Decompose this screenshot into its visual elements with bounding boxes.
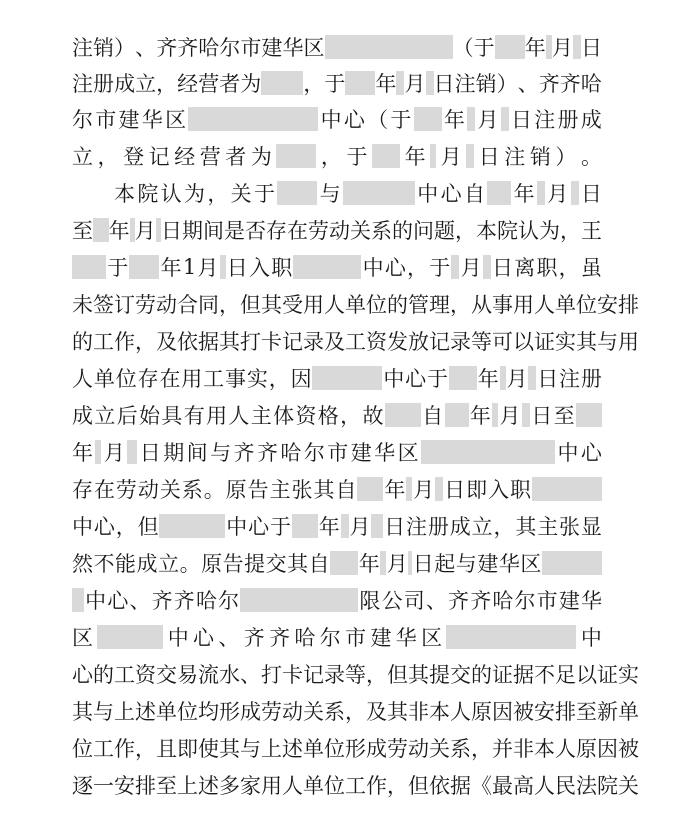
text-char: 齐 [174, 585, 195, 615]
text-char: 合 [177, 289, 198, 319]
text-char: 录 [450, 326, 471, 356]
text-char: 单 [303, 733, 324, 763]
text-char: 可 [492, 326, 513, 356]
text-char: 年 [444, 104, 465, 134]
text-line: 至年月日期间是否存在劳动关系的问题，本院认为，王 [72, 215, 602, 245]
text-char: 尔 [515, 585, 536, 615]
text-char: 区 [520, 548, 541, 578]
text-char: 于 [107, 252, 128, 282]
text-char: 月 [500, 400, 521, 430]
text-char: 院 [597, 770, 618, 800]
text-char: 且 [156, 733, 177, 763]
text-char: 系 [182, 474, 203, 504]
text-char: 月 [441, 141, 462, 171]
text-char: 易 [177, 659, 198, 689]
redaction-box [277, 181, 317, 205]
text-char: 记 [303, 659, 324, 689]
text-char: 主 [251, 400, 272, 430]
text-char: 张 [292, 474, 313, 504]
text-char: 月 [477, 104, 498, 134]
text-char: 上 [177, 770, 198, 800]
text-char: 提 [244, 548, 265, 578]
text-char: 签 [93, 289, 114, 319]
text-char: 题 [434, 215, 455, 245]
text-char: ， [345, 696, 366, 726]
text-char: 入 [249, 252, 270, 282]
text-char: 位 [324, 733, 345, 763]
text-char: 齐 [539, 68, 560, 98]
text-char: 虽 [581, 252, 602, 282]
redaction-box [466, 144, 474, 168]
text-char: 上 [261, 733, 282, 763]
text-char: 职 [510, 474, 531, 504]
redaction-box [573, 35, 581, 59]
text-char: 记 [149, 141, 170, 171]
text-char: 单 [345, 289, 366, 319]
text-char: 华 [142, 104, 163, 134]
text-char: 自 [309, 548, 330, 578]
text-char: 齐 [448, 585, 469, 615]
text-char: 年 [478, 363, 499, 393]
text-char: 但 [240, 289, 261, 319]
text-char: 后 [117, 400, 138, 430]
text-char: 位 [177, 696, 198, 726]
text-char: 位 [366, 289, 387, 319]
text-char: 在 [94, 474, 115, 504]
text-char: 存 [138, 363, 159, 393]
text-char: 日 [531, 400, 552, 430]
text-char: 经 [177, 68, 198, 98]
text-char: 建 [119, 104, 140, 134]
text-char: 在 [159, 363, 180, 393]
text-char: ， [98, 141, 119, 171]
text-char: 、 [135, 32, 156, 62]
text-char: 年 [375, 68, 396, 98]
text-char: 哈 [198, 32, 219, 62]
text-char: 述 [198, 770, 219, 800]
text-char: 即 [177, 733, 198, 763]
text-char: 单 [94, 363, 115, 393]
text-char: 。 [204, 474, 225, 504]
text-char: 营 [198, 68, 219, 98]
text-char: 离 [514, 252, 535, 282]
text-line: 人单位存在用工事实，因中心于年月日注册 [72, 363, 602, 393]
text-char: 齐 [257, 437, 278, 467]
text-char: 年 [72, 437, 93, 467]
text-char: ， [493, 511, 514, 541]
redaction-box [372, 144, 400, 168]
text-char: 放 [408, 326, 429, 356]
redaction-box [414, 107, 442, 131]
text-char: ， [407, 252, 428, 282]
text-char: ， [269, 363, 290, 393]
text-char: 的 [471, 659, 492, 689]
text-char: 、 [426, 585, 447, 615]
redaction-box [343, 181, 415, 205]
text-char: 高 [513, 770, 534, 800]
text-char: 注 [72, 68, 93, 98]
text-char: 但 [138, 511, 159, 541]
text-char: 证 [492, 659, 513, 689]
text-char: 齐 [177, 32, 198, 62]
text-char: 劳 [261, 696, 282, 726]
text-char: 其 [219, 326, 240, 356]
text-char: ） [114, 32, 135, 62]
text-char: 日 [537, 363, 558, 393]
text-char: 自 [335, 474, 356, 504]
text-char: 市 [240, 32, 261, 62]
text-char: 原 [201, 548, 222, 578]
text-char: 限 [359, 585, 380, 615]
text-char: 月 [552, 32, 573, 62]
redaction-box [159, 514, 225, 538]
text-char: 认 [518, 215, 539, 245]
text-line: 年月日期间与齐齐哈尔市建华区中心 [72, 437, 602, 467]
text-char: 心 [94, 511, 115, 541]
text-char: 一 [93, 770, 114, 800]
text-char: 经 [174, 141, 195, 171]
text-char: 者 [219, 68, 240, 98]
text-char: 日 [413, 548, 434, 578]
text-char: 流 [198, 659, 219, 689]
text-char: 与 [456, 548, 477, 578]
text-char: 主 [537, 511, 558, 541]
text-char: 管 [408, 289, 429, 319]
text-char: 立 [158, 548, 179, 578]
text-line: 逐一安排至上述多家用人单位工作，但依据《最高人民法院关 [72, 770, 602, 800]
text-char: 心 [344, 104, 365, 134]
text-char: 工 [93, 733, 114, 763]
text-char: 成 [72, 400, 93, 430]
redaction-box [537, 181, 545, 205]
text-char: 安 [114, 770, 135, 800]
text-char: 打 [261, 659, 282, 689]
text-char: 成 [240, 696, 261, 726]
text-char: 区 [165, 104, 186, 134]
text-char: 、 [218, 622, 239, 652]
text-char: 区 [421, 622, 442, 652]
text-char: 逐 [72, 770, 93, 800]
text-char: 新 [597, 696, 618, 726]
text-char: 中 [85, 585, 106, 615]
text-char: 述 [282, 733, 303, 763]
text-char: 民 [555, 770, 576, 800]
text-char: 注 [559, 363, 580, 393]
redaction-box [495, 35, 525, 59]
text-char: 系 [324, 696, 345, 726]
text-char: 其 [313, 474, 334, 504]
text-char: ， [560, 215, 581, 245]
text-line: 注册成立，经营者为，于年月日注销）、齐齐哈 [72, 68, 602, 98]
text-char: 关 [429, 733, 450, 763]
text-line: 本院认为，关于与中心自年月日 [114, 178, 602, 208]
text-char: 为 [240, 68, 261, 98]
text-char: 至 [72, 215, 93, 245]
text-char: 至 [156, 770, 177, 800]
text-char: ， [303, 68, 324, 98]
text-char: 用 [206, 400, 227, 430]
text-char: 然 [72, 548, 93, 578]
text-char: 述 [135, 696, 156, 726]
text-char: 入 [488, 474, 509, 504]
text-char: 日 [479, 141, 500, 171]
text-char: 心 [441, 178, 462, 208]
text-char: 公 [382, 585, 403, 615]
text-char: 发 [387, 326, 408, 356]
redaction-box [380, 551, 386, 575]
text-char: 日 [227, 252, 248, 282]
text-char: 人 [72, 363, 93, 393]
text-char: 成 [137, 548, 158, 578]
text-char: 录 [324, 659, 345, 689]
text-char: 因 [291, 363, 312, 393]
redaction-box [492, 403, 498, 427]
text-char: 月 [387, 548, 408, 578]
text-char: 交 [266, 548, 287, 578]
text-char: 于 [270, 511, 291, 541]
text-char: 月 [413, 474, 434, 504]
text-char: 的 [392, 215, 413, 245]
redaction-box [95, 440, 101, 464]
text-char: 中 [363, 252, 384, 282]
text-char: 原 [576, 733, 597, 763]
text-char: 动 [156, 289, 177, 319]
text-char: 区 [398, 437, 419, 467]
text-char: 月 [197, 252, 218, 282]
text-char: 中 [168, 622, 189, 652]
text-char: 等 [471, 326, 492, 356]
text-char: 册 [558, 104, 579, 134]
text-char: 年 [514, 178, 535, 208]
text-char: 关 [160, 474, 181, 504]
text-char: ， [366, 659, 387, 689]
text-char: 于 [427, 363, 448, 393]
redaction-box [467, 107, 475, 131]
text-char: 于 [324, 68, 345, 98]
text-char: 。 [180, 548, 201, 578]
text-line: 立，登记经营者为，于年月日注销）。 [72, 141, 602, 171]
text-char: 司 [404, 585, 425, 615]
text-char: 于 [346, 141, 367, 171]
text-line: 中心，但中心于年月日注册成立，其主张显 [72, 511, 602, 541]
redaction-box [97, 625, 163, 649]
text-char: 年 [384, 474, 405, 504]
text-char: 关 [350, 215, 371, 245]
text-char: 资 [295, 400, 316, 430]
text-char: 册 [93, 68, 114, 98]
text-char: 注 [455, 68, 476, 98]
redaction-box [261, 71, 303, 95]
text-line: 成立后始具有用人主体资格，故自年月日至 [72, 400, 602, 430]
text-char: 齐 [152, 585, 173, 615]
text-char: 建 [261, 32, 282, 62]
text-char: ， [116, 511, 137, 541]
text-char: 立 [94, 400, 115, 430]
text-line: 注销）、齐齐哈尔市建华区（于年月日 [72, 32, 602, 62]
text-char: 动 [329, 215, 350, 245]
text-line: 其与上述单位均形成劳动关系，及其非本人原因被安排至新单 [72, 696, 602, 726]
redaction-box [396, 71, 404, 95]
text-char: 年 [161, 252, 182, 282]
redaction-box [542, 551, 602, 575]
text-char: 但 [408, 770, 429, 800]
text-char: 年 [525, 32, 546, 62]
redaction-box [312, 366, 382, 390]
text-char: 记 [282, 326, 303, 356]
redaction-box [240, 588, 358, 612]
text-char: 成 [450, 511, 471, 541]
text-char: 齐 [234, 437, 255, 467]
text-char: 是 [224, 215, 245, 245]
text-char: 体 [273, 400, 294, 430]
text-line: 尔市建华区中心（于年月日注册成 [72, 104, 602, 134]
text-char: ， [455, 215, 476, 245]
text-char: 立 [135, 68, 156, 98]
text-char: 动 [282, 696, 303, 726]
text-char: 订 [114, 289, 135, 319]
text-char: 家 [240, 770, 261, 800]
text-char: 从 [471, 289, 492, 319]
text-line: 的工作，及依据其打卡记录及工资发放记录等可以证实其与用 [72, 326, 602, 356]
text-char: 水 [219, 659, 240, 689]
text-char: 形 [219, 696, 240, 726]
text-char: 依 [177, 326, 198, 356]
text-line: 未签订劳动合同，但其受用人单位的管理，从事用人单位安排 [72, 289, 602, 319]
redaction-box [276, 144, 316, 168]
text-char: 中 [557, 437, 578, 467]
text-char: 的 [387, 289, 408, 319]
redaction-box [576, 403, 602, 427]
text-line: 位工作，且即使其与上述单位形成劳动关系，并非本人原因被 [72, 733, 602, 763]
text-char: 据 [450, 770, 471, 800]
text-char: 中 [581, 622, 602, 652]
text-char: 本 [476, 215, 497, 245]
text-char: 排 [555, 696, 576, 726]
text-char: ， [135, 326, 156, 356]
text-char: 与 [320, 178, 341, 208]
text-char: 间 [203, 215, 224, 245]
text-char: 、 [518, 68, 539, 98]
text-char: 王 [581, 215, 602, 245]
text-char: 至 [576, 696, 597, 726]
text-char: 其 [287, 548, 308, 578]
text-char: 用 [261, 770, 282, 800]
text-char: 人 [555, 733, 576, 763]
redaction-box [357, 477, 383, 501]
text-char: 。 [581, 141, 602, 171]
text-char: 建 [370, 622, 391, 652]
text-char: 起 [434, 548, 455, 578]
text-char: 法 [576, 770, 597, 800]
text-char: 作 [114, 326, 135, 356]
text-char: 心 [248, 511, 269, 541]
redaction-box [72, 255, 106, 279]
text-char: 月 [461, 252, 482, 282]
redaction-box [330, 551, 358, 575]
text-char: 1 [183, 255, 196, 279]
text-char: 同 [198, 289, 219, 319]
text-char: 位 [576, 289, 597, 319]
text-char: 资 [135, 659, 156, 689]
text-char: 为 [539, 215, 560, 245]
text-char: 中 [72, 511, 93, 541]
text-char: 主 [270, 474, 291, 504]
redaction-box [341, 514, 349, 538]
text-char: 月 [349, 511, 370, 541]
text-char: 年 [109, 215, 130, 245]
text-char: 齐 [244, 622, 265, 652]
text-char: 其 [576, 326, 597, 356]
text-char: 实 [247, 363, 268, 393]
text-char: 者 [225, 141, 246, 171]
text-char: 事 [492, 289, 513, 319]
redaction-box [129, 255, 159, 279]
text-char: 销 [93, 32, 114, 62]
text-char: 心 [72, 659, 93, 689]
text-char: 哈 [196, 585, 217, 615]
text-char: 位 [72, 733, 93, 763]
text-char: 实 [618, 659, 639, 689]
text-char: ， [219, 289, 240, 319]
redaction-box [406, 477, 412, 501]
text-char: 其 [387, 696, 408, 726]
text-char: 中 [383, 363, 404, 393]
text-char: 人 [228, 400, 249, 430]
text-char: 其 [408, 659, 429, 689]
text-char: 于 [254, 178, 275, 208]
text-char: 华 [499, 548, 520, 578]
text-char: 至 [554, 400, 575, 430]
text-char: 认 [161, 178, 182, 208]
text-char: 尔 [72, 104, 93, 134]
text-char: 单 [156, 696, 177, 726]
text-char: 故 [362, 400, 383, 430]
text-char: 齐 [470, 585, 491, 615]
text-char: 受 [282, 289, 303, 319]
text-char: 记 [429, 326, 450, 356]
text-char: ） [497, 68, 518, 98]
text-line: 心的工资交易流水、打卡记录等，但其提交的证据不足以证实 [72, 659, 602, 689]
text-char: 工 [345, 326, 366, 356]
text-char: 华 [374, 437, 395, 467]
text-char: 日 [511, 104, 532, 134]
text-char: 非 [408, 696, 429, 726]
text-char: 人 [282, 770, 303, 800]
text-char: 市 [537, 585, 558, 615]
text-char: 工 [345, 770, 366, 800]
text-char: 为 [184, 178, 205, 208]
text-char: 有 [184, 400, 205, 430]
text-char: 、 [240, 659, 261, 689]
text-char: 月 [404, 68, 425, 98]
text-char: 华 [581, 585, 602, 615]
text-char: 自 [422, 400, 443, 430]
text-char: 职 [536, 252, 557, 282]
text-char: 院 [137, 178, 158, 208]
text-char: 院 [497, 215, 518, 245]
text-char: 注 [504, 141, 525, 171]
text-char: 建 [477, 548, 498, 578]
text-char: 与 [93, 696, 114, 726]
text-char: 月 [506, 363, 527, 393]
redaction-box [188, 107, 318, 131]
text-char: 册 [581, 363, 602, 393]
text-char: 尔 [219, 32, 240, 62]
text-char: 与 [597, 326, 618, 356]
text-char: 不 [94, 548, 115, 578]
redaction-box [445, 403, 469, 427]
text-char: 销 [476, 68, 497, 98]
